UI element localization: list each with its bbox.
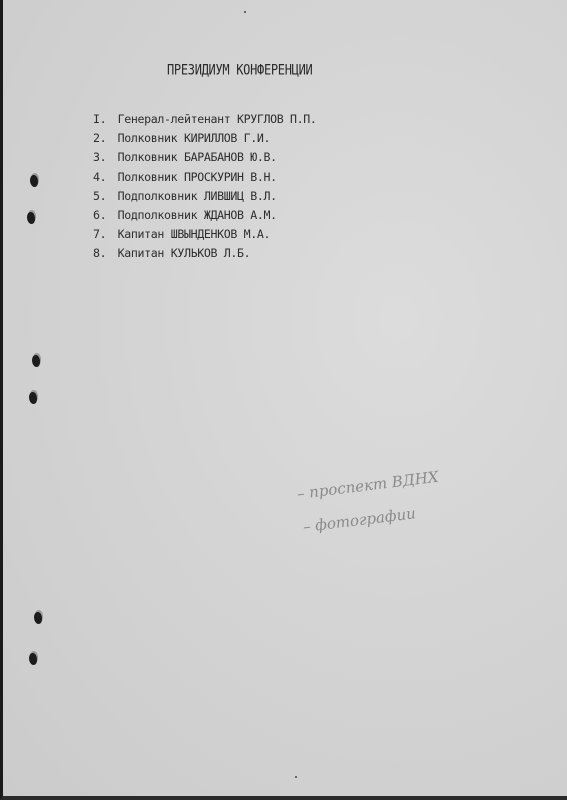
document-title: ПРЕЗИДИУМ КОНФЕРЕНЦИИ: [167, 62, 312, 78]
list-item: 4. Полковник ПРОСКУРИН В.Н.: [93, 168, 317, 187]
punch-hole-icon: [34, 612, 42, 624]
member-rank: Полковник: [118, 170, 178, 184]
member-rank: Полковник: [118, 131, 178, 145]
list-item: 6. Подполковник ЖДАНОВ А.М.: [93, 206, 317, 225]
punch-hole-icon: [27, 212, 35, 224]
punch-hole-icon: [29, 653, 37, 665]
member-name: КРУГЛОВ П.П.: [237, 112, 317, 126]
handwritten-note: – проспект ВДНХ: [296, 468, 440, 503]
member-name: ПРОСКУРИН В.Н.: [184, 170, 277, 184]
member-name: КУЛЬКОВ Л.Б.: [171, 246, 251, 260]
item-number: I.: [93, 110, 111, 129]
punch-hole-icon: [29, 392, 37, 404]
member-name: ЖДАНОВ А.М.: [204, 208, 277, 222]
presidium-member-list: I. Генерал-лейтенант КРУГЛОВ П.П. 2. Пол…: [93, 110, 317, 264]
item-number: 8.: [93, 244, 111, 263]
list-item: 7. Капитан ШВЫНДЕНКОВ М.А.: [93, 225, 317, 244]
scan-speck: [295, 776, 297, 778]
list-item: 8. Капитан КУЛЬКОВ Л.Б.: [93, 244, 317, 263]
item-number: 3.: [93, 148, 111, 167]
list-item: 2. Полковник КИРИЛЛОВ Г.И.: [93, 129, 317, 148]
item-number: 2.: [93, 129, 111, 148]
punch-hole-icon: [32, 355, 40, 367]
list-item: I. Генерал-лейтенант КРУГЛОВ П.П.: [93, 110, 317, 129]
item-number: 4.: [93, 168, 111, 187]
item-number: 6.: [93, 206, 111, 225]
member-name: ЛИВШИЦ В.Л.: [204, 189, 277, 203]
member-rank: Подполковник: [118, 189, 198, 203]
member-rank: Капитан: [118, 246, 164, 260]
member-rank: Полковник: [118, 150, 178, 164]
list-item: 3. Полковник БАРАБАНОВ Ю.В.: [93, 148, 317, 167]
scanned-page: ПРЕЗИДИУМ КОНФЕРЕНЦИИ I. Генерал-лейтена…: [0, 0, 567, 800]
member-name: БАРАБАНОВ Ю.В.: [184, 150, 277, 164]
member-rank: Подполковник: [118, 208, 198, 222]
member-name: ШВЫНДЕНКОВ М.А.: [171, 227, 270, 241]
item-number: 7.: [93, 225, 111, 244]
list-item: 5. Подполковник ЛИВШИЦ В.Л.: [93, 187, 317, 206]
handwritten-note: – фотографии: [302, 504, 417, 536]
member-rank: Генерал-лейтенант: [118, 112, 231, 126]
member-rank: Капитан: [118, 227, 164, 241]
scan-speck: [244, 11, 246, 13]
item-number: 5.: [93, 187, 111, 206]
punch-hole-icon: [30, 175, 38, 187]
member-name: КИРИЛЛОВ Г.И.: [184, 131, 270, 145]
